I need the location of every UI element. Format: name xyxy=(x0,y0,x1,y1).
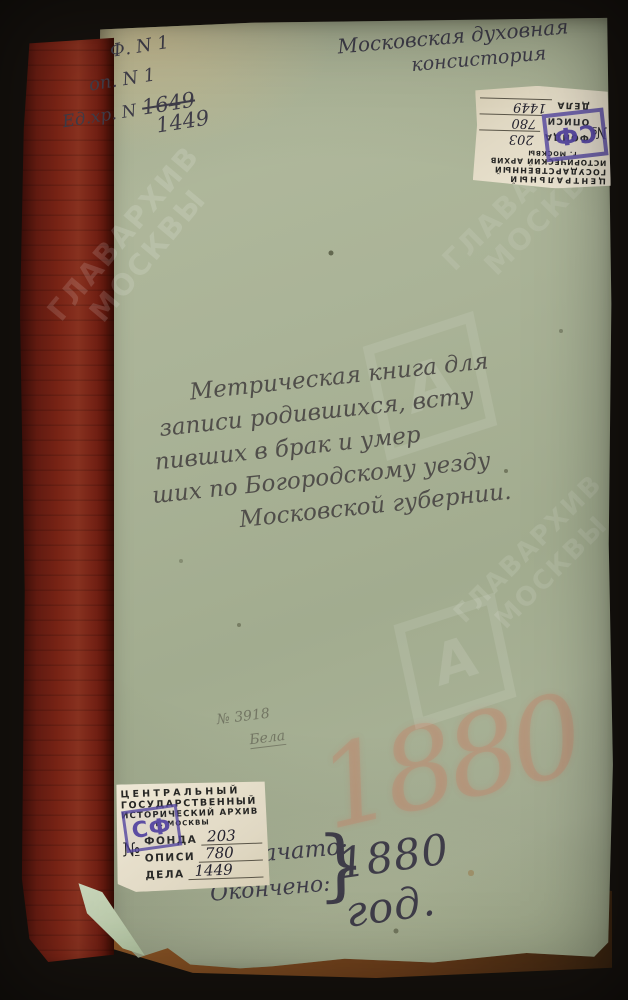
paper-specks xyxy=(0,0,2,2)
archive-label-bottom-left: ЦЕНТРАЛЬНЫЙ ГОСУДАРСТВЕННЫЙ ИСТОРИЧЕСКИЙ… xyxy=(114,779,270,892)
opis-value: 780 xyxy=(479,113,542,130)
item-number-prefix: Ед.хр. N xyxy=(61,101,138,132)
archival-book-cover-photo: ГЛАВАРХИВ МОСКВЫ ГЛАВАРХИВ МОСКВЫ А ГЛАВ… xyxy=(0,0,628,1000)
book-spine xyxy=(20,36,114,962)
opis-label: ОПИСИ xyxy=(145,851,196,865)
sf-stamp: СФ xyxy=(542,107,609,162)
delo-value: 1449 xyxy=(188,862,263,881)
fund-value: 203 xyxy=(479,129,540,146)
archive-label-top-right-upside-down: ЦЕНТРАЛЬНЫЙ ГОСУДАРСТВЕННЫЙ ИСТОРИЧЕСКИЙ… xyxy=(473,84,614,190)
sf-stamp: СФ xyxy=(121,804,182,853)
delo-value: 1449 xyxy=(480,97,553,114)
pencil-note: № 3918 Бела xyxy=(216,704,286,752)
pencil-word: Бела xyxy=(249,728,287,748)
delo-row: ДЕЛА 1449 xyxy=(145,862,264,882)
delo-label: ДЕЛА xyxy=(145,868,185,881)
